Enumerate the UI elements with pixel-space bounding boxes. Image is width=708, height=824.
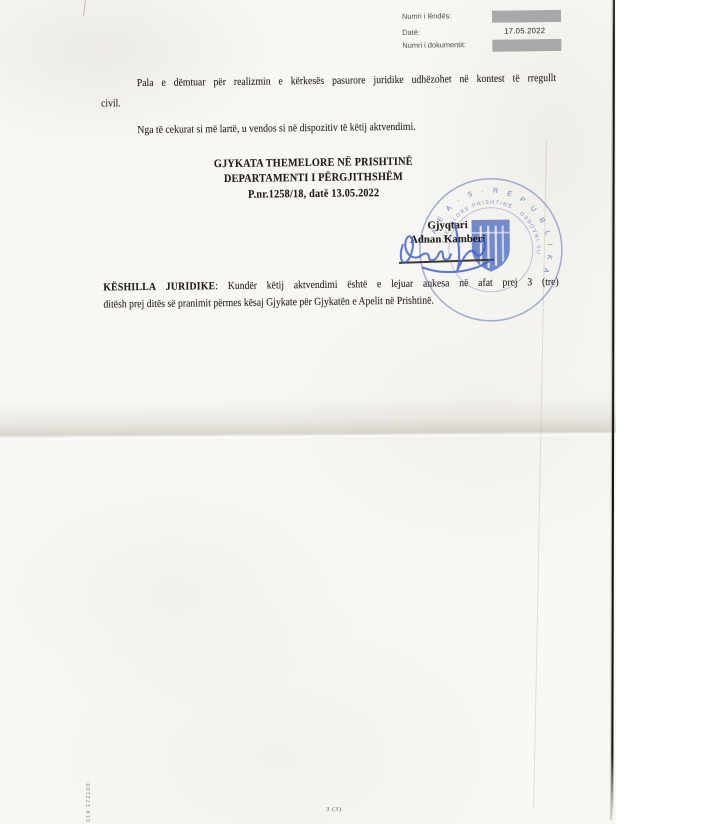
- date-label: Datë:: [402, 28, 420, 37]
- meta-row-document-number: Numri i dokumentit:: [402, 40, 466, 54]
- meta-row-case-number: Numri i lëndës:: [402, 11, 451, 25]
- meta-row-date: Datë: 17.05.2022: [402, 28, 420, 41]
- body-text: Pala e dëmtuar për realizmin e kërkesës …: [100, 0, 555, 3]
- document-number-label: Numri i dokumentit:: [402, 40, 466, 50]
- handwritten-signature: [392, 208, 497, 285]
- side-ticket-code: 019 172109: [86, 782, 92, 822]
- redaction-box-case-number: [492, 10, 561, 23]
- date-value: 17.05.2022: [504, 26, 545, 36]
- redaction-box-document-number: [492, 39, 561, 52]
- page-number: 3 (3): [326, 806, 342, 813]
- paper-sheet: Numri i lëndës: Datë: 17.05.2022 Numri i…: [0, 0, 616, 824]
- legal-advice-label: KËSHILLA JURIDIKE: [103, 280, 215, 293]
- paragraph-line: Nga të cekurat si më lartë, u vendos si …: [137, 121, 415, 136]
- scanned-court-document: { "page": { "meta": { "rows": [ {"label"…: [0, 0, 708, 824]
- document-content: Numri i lëndës: Datë: 17.05.2022 Numri i…: [0, 0, 624, 824]
- paragraph-conclusion: Nga të cekurat si më lartë, u vendos si …: [101, 116, 557, 141]
- case-number-label: Numri i lëndës:: [402, 11, 451, 21]
- header-meta-block: Numri i lëndës: Datë: 17.05.2022 Numri i…: [402, 10, 582, 12]
- paragraph-damaged-party: Pala e dëmtuar për realizmin e kërkesës …: [101, 69, 557, 114]
